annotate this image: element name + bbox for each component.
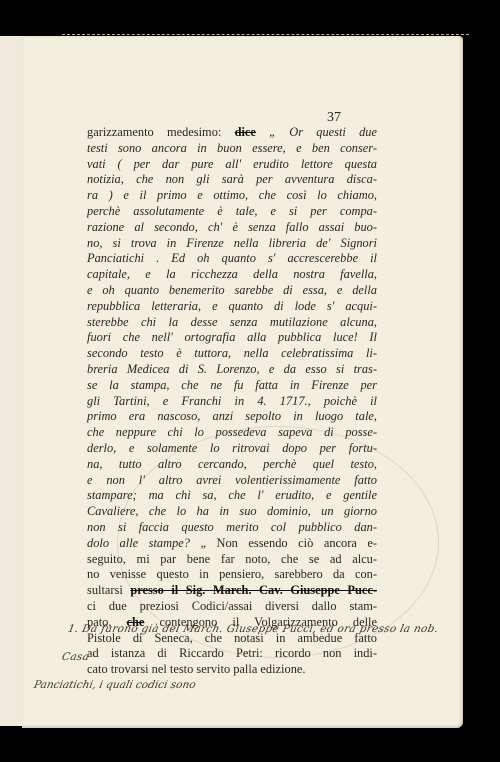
text-line: derlo, e solamente lo ritrovai dopo per … [87, 441, 377, 457]
text-line: notizia, che non gli sarà per avventura … [87, 172, 377, 188]
text-line: sultarsi presso il Sig. March. Cav. Gius… [87, 583, 377, 599]
text-line: primo era nascoso, anzi sepolto in luogo… [87, 409, 377, 425]
struck-annotation: presso il Sig. March. Cav. Giuseppe Pucc… [130, 583, 377, 597]
text-line: stampare; ma chi sa, che l' erudito, e g… [87, 488, 377, 504]
text-line: Panciatichi . Ed oh quanto s' accrescere… [87, 251, 377, 267]
text-line: capitale, e la ricchezza della nostra fa… [87, 267, 377, 283]
text-line: na, tutto altro cercando, perchè quel te… [87, 457, 377, 473]
text-line: seguito, mi par bene far noto, che se ad… [87, 552, 377, 568]
text-line: secondo testo è tuttora, nella celebrati… [87, 346, 377, 362]
text-line: sterebbe chi la desse senza mutilazione … [87, 315, 377, 331]
page-number: 37 [327, 110, 341, 126]
text-line: ra ) e il primo e ottimo, che così lo ch… [87, 188, 377, 204]
text-line: gli Tartini, e Franchi in 4. 1717., poic… [87, 394, 377, 410]
text-line: breria Medicea di S. Lorenzo, e da esso … [87, 362, 377, 378]
text-line: no venisse questo in pensiero, sarebbero… [87, 567, 377, 583]
text-line: razione al secondo, ch' è senza fallo as… [87, 220, 377, 236]
handwritten-line: Panciatichi, i quali codici sono [31, 671, 457, 699]
text-line: garizzamento medesimo: dice „ Or questi … [87, 125, 377, 141]
text-line: testi sono ancora in buon essere, e ben … [87, 141, 377, 157]
printed-text-block: garizzamento medesimo: dice „ Or questi … [87, 125, 377, 678]
text-line: e oh quanto benemerito sarebbe di essa, … [87, 283, 377, 299]
text-line: ci due preziosi Codici/assai diversi dal… [87, 599, 377, 615]
text-line: perchè assolutamente è tale, e si per co… [87, 204, 377, 220]
handwritten-line: 1. Da furono già del March. Giuseppe Puc… [37, 615, 469, 671]
text-line: e non l' altro avrei volentierissimament… [87, 473, 377, 489]
struck-word: dice [235, 125, 256, 139]
handwritten-footnote: 1. Da furono già del March. Giuseppe Puc… [31, 615, 469, 699]
text-line: dolo alle stampe? „ Non essendo ciò anco… [87, 536, 377, 552]
text-line: repubblica letteraria, e quanto di lode … [87, 299, 377, 315]
text-line: non si faccia questo merito col pubblico… [87, 520, 377, 536]
text-line: che neppure chi lo possedeva sapeva di p… [87, 425, 377, 441]
left-page-edge [0, 36, 23, 726]
text-line: Cavaliere, che lo ha in suo dominio, un … [87, 504, 377, 520]
text-line: fuori che nell' ortografia alla pubblica… [87, 330, 377, 346]
text-line: se la stampa, che ne fu fatta in Firenze… [87, 378, 377, 394]
text-line: vati ( per dar pure all' erudito lettore… [87, 157, 377, 173]
text-line: no, si trova in Firenze nella libreria d… [87, 236, 377, 252]
